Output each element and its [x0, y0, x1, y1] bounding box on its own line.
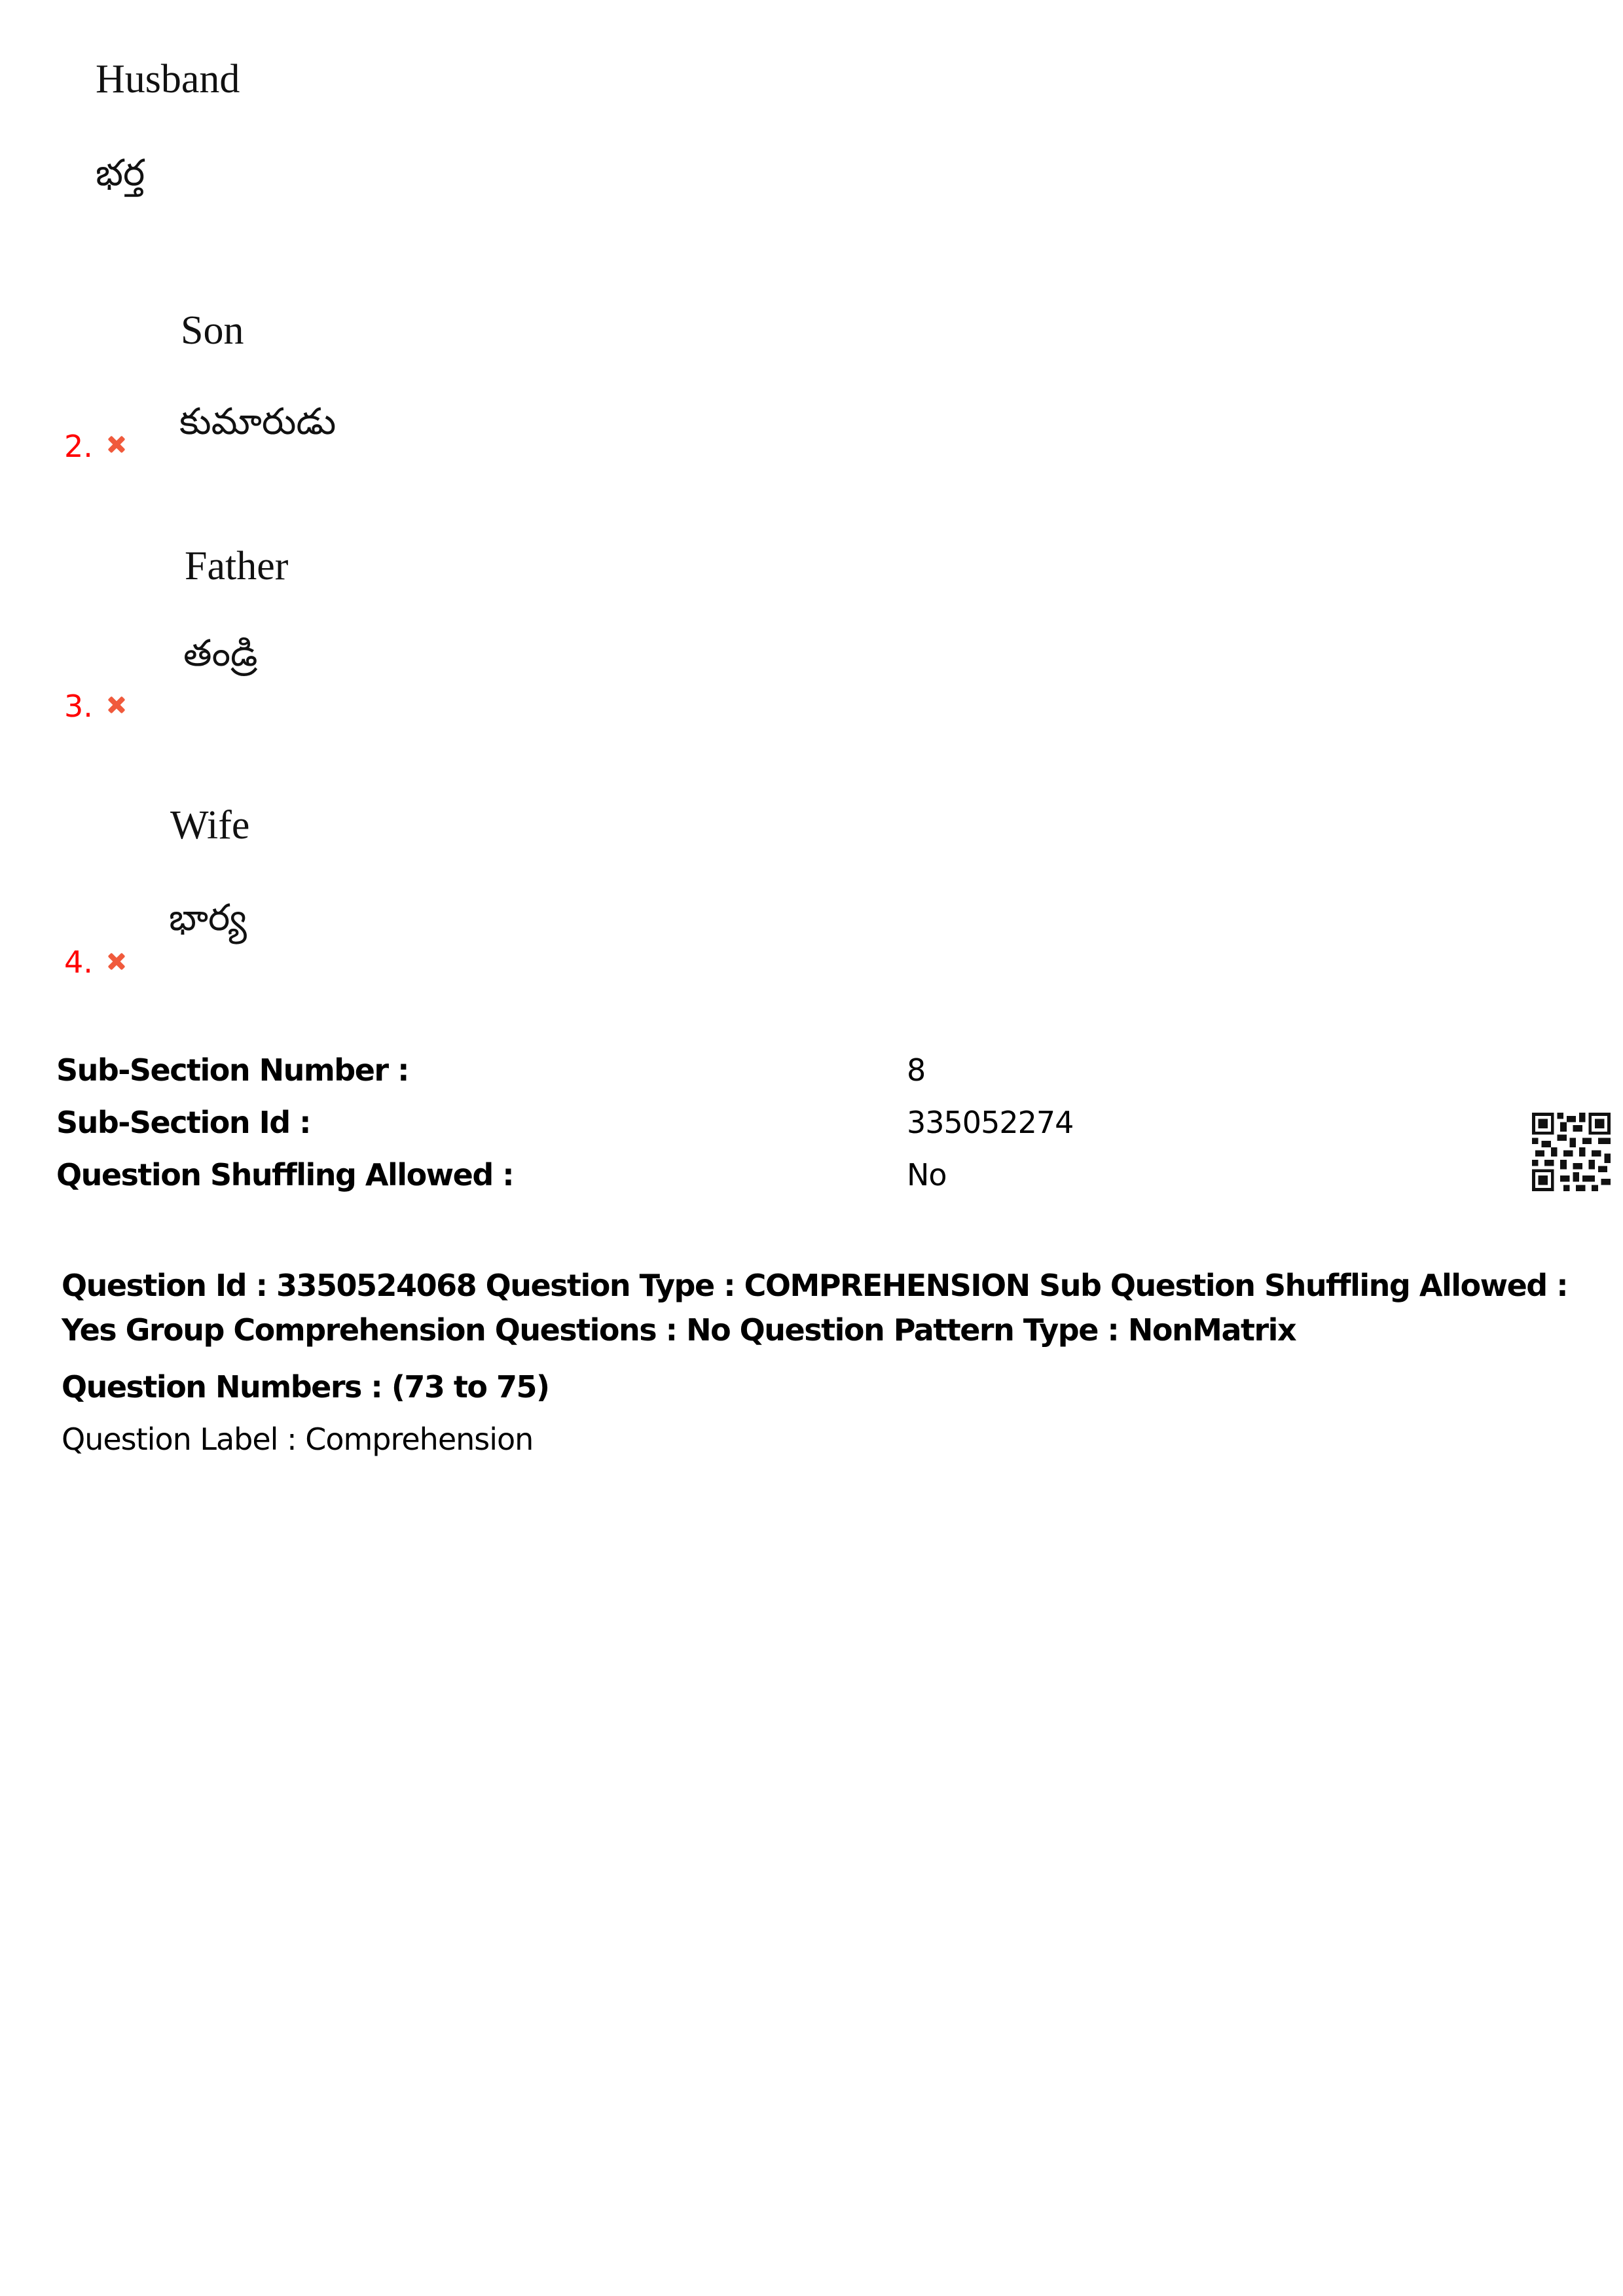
- cross-icon: [107, 953, 124, 970]
- option-4-english: Wife: [170, 802, 249, 849]
- question-shuffling-value: No: [907, 1157, 947, 1193]
- qr-code-icon: [1532, 1113, 1611, 1191]
- subsection-number-label: Sub-Section Number :: [56, 1052, 409, 1088]
- option-2-number: 2.: [64, 429, 93, 464]
- question-label: Question Label : Comprehension: [62, 1422, 533, 1457]
- option-3-telugu: తండ్రి: [183, 632, 257, 684]
- cross-icon: [107, 436, 124, 453]
- option-2-telugu: కుమారుడు: [179, 401, 336, 452]
- option-1-english: Husband: [96, 56, 240, 103]
- subsection-id-value: 335052274: [907, 1105, 1073, 1140]
- question-shuffling-label: Question Shuffling Allowed :: [56, 1157, 513, 1193]
- subsection-id-label: Sub-Section Id :: [56, 1105, 310, 1140]
- question-numbers: Question Numbers : (73 to 75): [62, 1369, 549, 1405]
- option-4-number: 4.: [64, 944, 93, 980]
- option-1-telugu: భర్త: [96, 152, 145, 204]
- option-3-english: Father: [185, 543, 288, 590]
- option-2-english: Son: [181, 308, 244, 354]
- cross-icon: [107, 696, 124, 713]
- option-3-number: 3.: [64, 689, 93, 724]
- subsection-number-value: 8: [907, 1052, 925, 1088]
- option-4-telugu: భార్య: [169, 897, 247, 948]
- question-meta: Question Id : 3350524068 Question Type :…: [62, 1263, 1607, 1352]
